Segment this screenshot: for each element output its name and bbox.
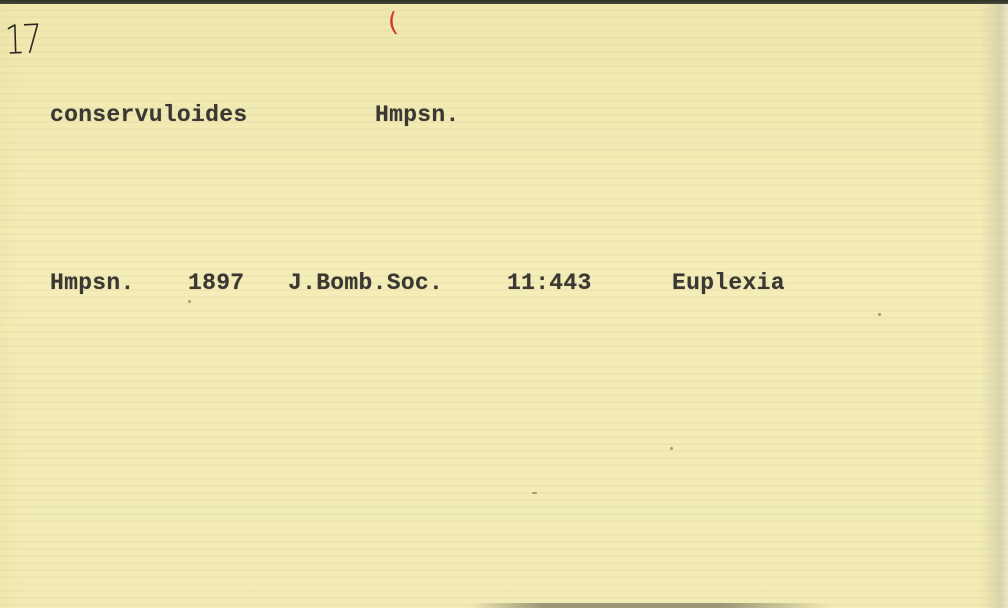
original-genus: Euplexia <box>672 270 785 296</box>
index-card: 17 ( conservuloides Hmpsn. Hmpsn. 1897 J… <box>0 4 1008 608</box>
citation-volume-page: 11:443 <box>507 270 592 296</box>
paper-speck <box>670 447 673 450</box>
species-name: conservuloides <box>50 102 247 128</box>
citation-year: 1897 <box>188 270 244 296</box>
citation-author: Hmpsn. <box>50 270 135 296</box>
paper-speck <box>188 300 191 303</box>
species-author: Hmpsn. <box>375 102 460 128</box>
handwritten-card-number: 17 <box>4 17 40 64</box>
paper-speck <box>532 492 537 494</box>
card-bottom-shadow <box>470 603 830 608</box>
citation-journal: J.Bomb.Soc. <box>288 270 443 296</box>
red-pencil-mark: ( <box>386 8 399 39</box>
paper-speck <box>878 313 881 316</box>
